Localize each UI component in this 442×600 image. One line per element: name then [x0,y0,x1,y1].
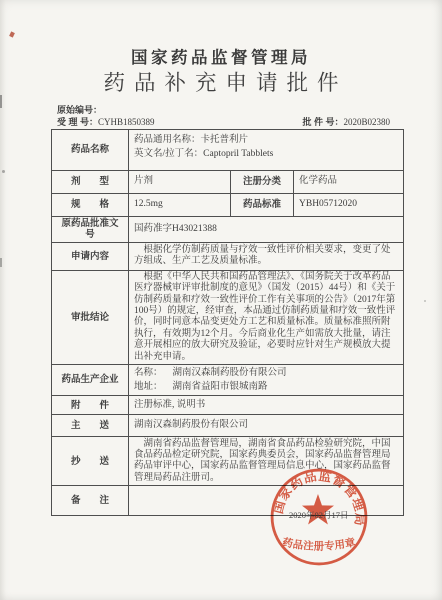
original-approval-no-label: 原药品批准文号 [52,217,129,243]
generic-name-value: 卡托普利片 [201,135,249,145]
approval-conclusion-label: 审批结论 [52,270,129,364]
scan-speck [9,31,15,37]
dosage-form-label: 剂 型 [52,171,129,194]
application-content-label: 申请内容 [52,242,129,270]
table-row-manufacturer: 药品生产企业 名称：湖南汉森制药股份有限公司 地址：湖南省益阳市银城南路 [52,364,404,396]
english-name-value: Captopril Tabblets [203,149,273,159]
original-approval-no-value: 国药准字H43021388 [129,217,404,243]
manufacturer-address-line: 地址：湖南省益阳市银城南路 [134,380,398,394]
manufacturer-name-line: 名称：湖南汉森制药股份有限公司 [134,366,398,380]
meta-block: 原始编号： 受 理 号：CYHB1850389 批 件 号：2020B02380 [57,104,390,128]
drug-standard-value: YBH05712020 [294,194,404,217]
manufacturer-address-label: 地址： [134,382,163,392]
manufacturer-name-label: 名称： [134,368,163,378]
seal-bottom-text: 药品注册专用章 [281,535,357,552]
table-row-application-content: 申请内容 根据化学仿制药质量与疗效一致性评价相关要求，变更了处方组成、生产工艺及… [52,242,404,270]
table-row-dosage-form: 剂 型 片剂 注册分类 化学药品 [52,171,404,194]
document-page: 国家药品监督管理局 药品补充申请批件 原始编号： 受 理 号：CYHB18503… [0,0,442,600]
specification-label: 规 格 [52,194,129,217]
approval-number: 批 件 号：2020B02380 [302,116,390,128]
attachments-label: 附 件 [52,396,129,415]
numbers-line: 受 理 号：CYHB1850389 批 件 号：2020B02380 [57,116,390,128]
main-delivery-value: 湖南汉森制药股份有限公司 [129,415,404,437]
approval-conclusion-value: 根据《中华人民共和国药品管理法》、《国务院关于改革药品医疗器械审评审批制度的意见… [129,270,404,364]
drug-name-label: 药品名称 [52,130,129,171]
english-name-line: 英文名/拉丁名：Captopril Tabblets [134,147,398,161]
acceptance-number: 受 理 号：CYHB1850389 [57,116,155,128]
agency-title: 国家药品监督管理局 [0,44,442,68]
approval-number-value: 2020B02380 [343,117,390,127]
table-row-approval-conclusion: 审批结论 根据《中华人民共和国药品管理法》、《国务院关于改革药品医疗器械审评审批… [52,270,404,364]
manufacturer-address-value: 湖南省益阳市银城南路 [173,382,268,392]
table-row-attachments: 附 件 注册标准, 说明书 [52,396,404,415]
acceptance-number-value: CYHB1850389 [98,117,155,127]
table-row-main-delivery: 主 送 湖南汉森制药股份有限公司 [52,415,404,437]
approval-date: 2020年02月17日 [289,509,359,521]
approval-table: 药品名称 药品通用名称：卡托普利片 英文名/拉丁名：Captopril Tabb… [51,129,404,516]
approval-number-label: 批 件 号： [302,117,343,127]
registration-class-value: 化学药品 [294,171,404,194]
copy-to-label: 抄 送 [52,437,129,486]
main-delivery-label: 主 送 [52,415,129,437]
registration-class-label: 注册分类 [231,171,294,194]
document-title: 药品补充申请批件 [0,66,442,97]
manufacturer-name-value: 湖南汉森制药股份有限公司 [173,368,287,378]
original-number-line: 原始编号： [57,104,390,116]
generic-name-line: 药品通用名称：卡托普利片 [134,133,398,147]
manufacturer-cell: 名称：湖南汉森制药股份有限公司 地址：湖南省益阳市银城南路 [129,364,404,396]
manufacturer-label: 药品生产企业 [52,364,129,396]
generic-name-label: 药品通用名称： [134,135,201,145]
application-content-value: 根据化学仿制药质量与疗效一致性评价相关要求，变更了处方组成、生产工艺及质量标准。 [129,242,404,270]
scan-speck [0,95,2,108]
scan-speck [0,258,2,267]
specification-value: 12.5mg [129,194,231,217]
table-row-drug-name: 药品名称 药品通用名称：卡托普利片 英文名/拉丁名：Captopril Tabb… [52,130,404,171]
drug-name-cell: 药品通用名称：卡托普利片 英文名/拉丁名：Captopril Tabblets [129,130,404,171]
attachments-value: 注册标准, 说明书 [129,396,404,415]
original-number-label: 原始编号： [57,105,102,115]
dosage-form-value: 片剂 [129,171,231,194]
drug-standard-label: 药品标准 [231,194,294,217]
table-row-original-approval-no: 原药品批准文号 国药准字H43021388 [52,217,404,243]
remarks-label: 备 注 [52,486,129,516]
table-row-specification: 规 格 12.5mg 药品标准 YBH05712020 [52,194,404,217]
english-name-label: 英文名/拉丁名： [134,149,203,159]
scan-speck [424,300,426,302]
acceptance-number-label: 受 理 号： [57,117,98,127]
scan-speck [2,170,5,173]
